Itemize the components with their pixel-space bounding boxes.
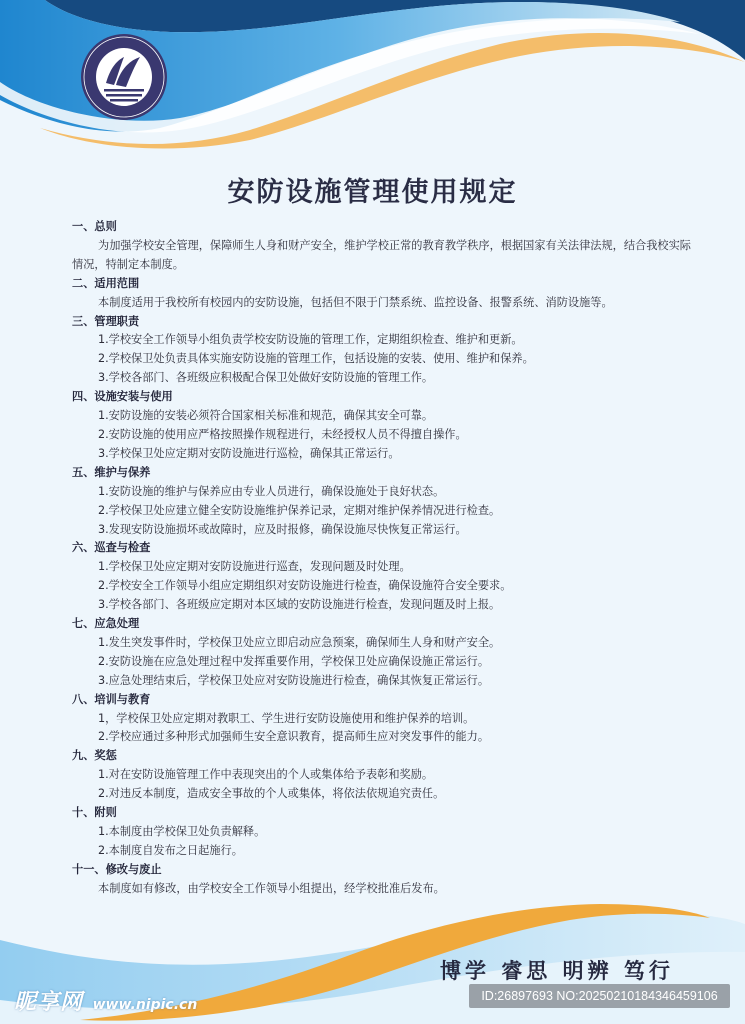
section-heading: 五、维护与保养 <box>72 464 692 483</box>
section-installation: 四、设施安装与使用 1.安防设施的安装必须符合国家相关标准和规范，确保其安全可靠… <box>72 388 692 464</box>
section-general: 一、总则 为加强学校安全管理，保障师生人身和财产安全，维护学校正常的教育教学秩序… <box>72 218 692 275</box>
section-heading: 二、适用范围 <box>72 275 692 294</box>
school-motto: 博学 睿思 明辨 笃行 <box>440 955 674 985</box>
section-item: 1.发生突发事件时，学校保卫处应立即启动应急预案，确保师生人身和财产安全。 <box>72 634 692 653</box>
section-item: 2.学校保卫处应建立健全安防设施维护保养记录，定期对维护保养情况进行检查。 <box>72 502 692 521</box>
document-body: 一、总则 为加强学校安全管理，保障师生人身和财产安全，维护学校正常的教育教学秩序… <box>72 218 692 899</box>
document-title: 安防设施管理使用规定 <box>0 170 745 209</box>
watermark-brand: 昵享网 <box>14 990 83 1015</box>
section-item: 1.本制度由学校保卫处负责解释。 <box>72 823 692 842</box>
section-item: 1.安防设施的安装必须符合国家相关标准和规范，确保其安全可靠。 <box>72 407 692 426</box>
section-emergency: 七、应急处理 1.发生突发事件时，学校保卫处应立即启动应急预案，确保师生人身和财… <box>72 615 692 691</box>
section-item: 2.学校应通过多种形式加强师生安全意识教育，提高师生应对突发事件的能力。 <box>72 728 692 747</box>
section-amendment: 十一、修改与废止 本制度如有修改，由学校安全工作领导小组提出，经学校批准后发布。 <box>72 861 692 899</box>
section-item: 3.学校各部门、各班级应积极配合保卫处做好安防设施的管理工作。 <box>72 369 692 388</box>
image-id-bar: ID:26897693 NO:20250210184346459106 <box>469 984 730 1008</box>
section-item: 2.本制度自发布之日起施行。 <box>72 842 692 861</box>
section-heading: 四、设施安装与使用 <box>72 388 692 407</box>
section-item: 3.应急处理结束后，学校保卫处应对安防设施进行检查，确保其恢复正常运行。 <box>72 672 692 691</box>
section-item: 1.学校安全工作领导小组负责学校安防设施的管理工作，定期组织检查、维护和更新。 <box>72 331 692 350</box>
section-scope: 二、适用范围 本制度适用于我校所有校园内的安防设施，包括但不限于门禁系统、监控设… <box>72 275 692 313</box>
section-heading: 十一、修改与废止 <box>72 861 692 880</box>
section-supplementary: 十、附则 1.本制度由学校保卫处负责解释。 2.本制度自发布之日起施行。 <box>72 804 692 861</box>
section-item: 1.安防设施的维护与保养应由专业人员进行，确保设施处于良好状态。 <box>72 483 692 502</box>
section-item: 2.对违反本制度，造成安全事故的个人或集体，将依法依规追究责任。 <box>72 785 692 804</box>
section-item: 3.学校各部门、各班级应定期对本区域的安防设施进行检查，发现问题及时上报。 <box>72 596 692 615</box>
section-item: 1，学校保卫处应定期对教职工、学生进行安防设施使用和维护保养的培训。 <box>72 710 692 729</box>
section-item: 2.学校安全工作领导小组应定期组织对安防设施进行检查，确保设施符合安全要求。 <box>72 577 692 596</box>
section-heading: 十、附则 <box>72 804 692 823</box>
section-heading: 八、培训与教育 <box>72 691 692 710</box>
school-emblem-icon <box>80 33 168 121</box>
section-maintenance: 五、维护与保养 1.安防设施的维护与保养应由专业人员进行，确保设施处于良好状态。… <box>72 464 692 540</box>
section-item: 3.发现安防设施损坏或故障时，应及时报修，确保设施尽快恢复正常运行。 <box>72 521 692 540</box>
section-item: 2.学校保卫处负责具体实施安防设施的管理工作，包括设施的安装、使用、维护和保养。 <box>72 350 692 369</box>
section-inspection: 六、巡查与检查 1.学校保卫处应定期对安防设施进行巡查，发现问题及时处理。 2.… <box>72 539 692 615</box>
section-heading: 七、应急处理 <box>72 615 692 634</box>
section-item: 1.对在安防设施管理工作中表现突出的个人或集体给予表彰和奖励。 <box>72 766 692 785</box>
section-item: 2.安防设施的使用应严格按照操作规程进行，未经授权人员不得擅自操作。 <box>72 426 692 445</box>
section-heading: 一、总则 <box>72 218 692 237</box>
section-item: 3.学校保卫处应定期对安防设施进行巡检，确保其正常运行。 <box>72 445 692 464</box>
watermark: 昵享网 www.nipic.cn <box>14 985 197 1016</box>
watermark-url: www.nipic.cn <box>93 997 198 1013</box>
section-item: 本制度适用于我校所有校园内的安防设施，包括但不限于门禁系统、监控设备、报警系统、… <box>72 294 692 313</box>
section-heading: 九、奖惩 <box>72 747 692 766</box>
section-heading: 六、巡查与检查 <box>72 539 692 558</box>
section-item: 2.安防设施在应急处理过程中发挥重要作用，学校保卫处应确保设施正常运行。 <box>72 653 692 672</box>
section-paragraph: 为加强学校安全管理，保障师生人身和财产安全，维护学校正常的教育教学秩序，根据国家… <box>72 237 692 275</box>
section-heading: 三、管理职责 <box>72 313 692 332</box>
section-training: 八、培训与教育 1，学校保卫处应定期对教职工、学生进行安防设施使用和维护保养的培… <box>72 691 692 748</box>
section-item: 本制度如有修改，由学校安全工作领导小组提出，经学校批准后发布。 <box>72 880 692 899</box>
section-responsibilities: 三、管理职责 1.学校安全工作领导小组负责学校安防设施的管理工作，定期组织检查、… <box>72 313 692 389</box>
section-rewards: 九、奖惩 1.对在安防设施管理工作中表现突出的个人或集体给予表彰和奖励。 2.对… <box>72 747 692 804</box>
section-item: 1.学校保卫处应定期对安防设施进行巡查，发现问题及时处理。 <box>72 558 692 577</box>
